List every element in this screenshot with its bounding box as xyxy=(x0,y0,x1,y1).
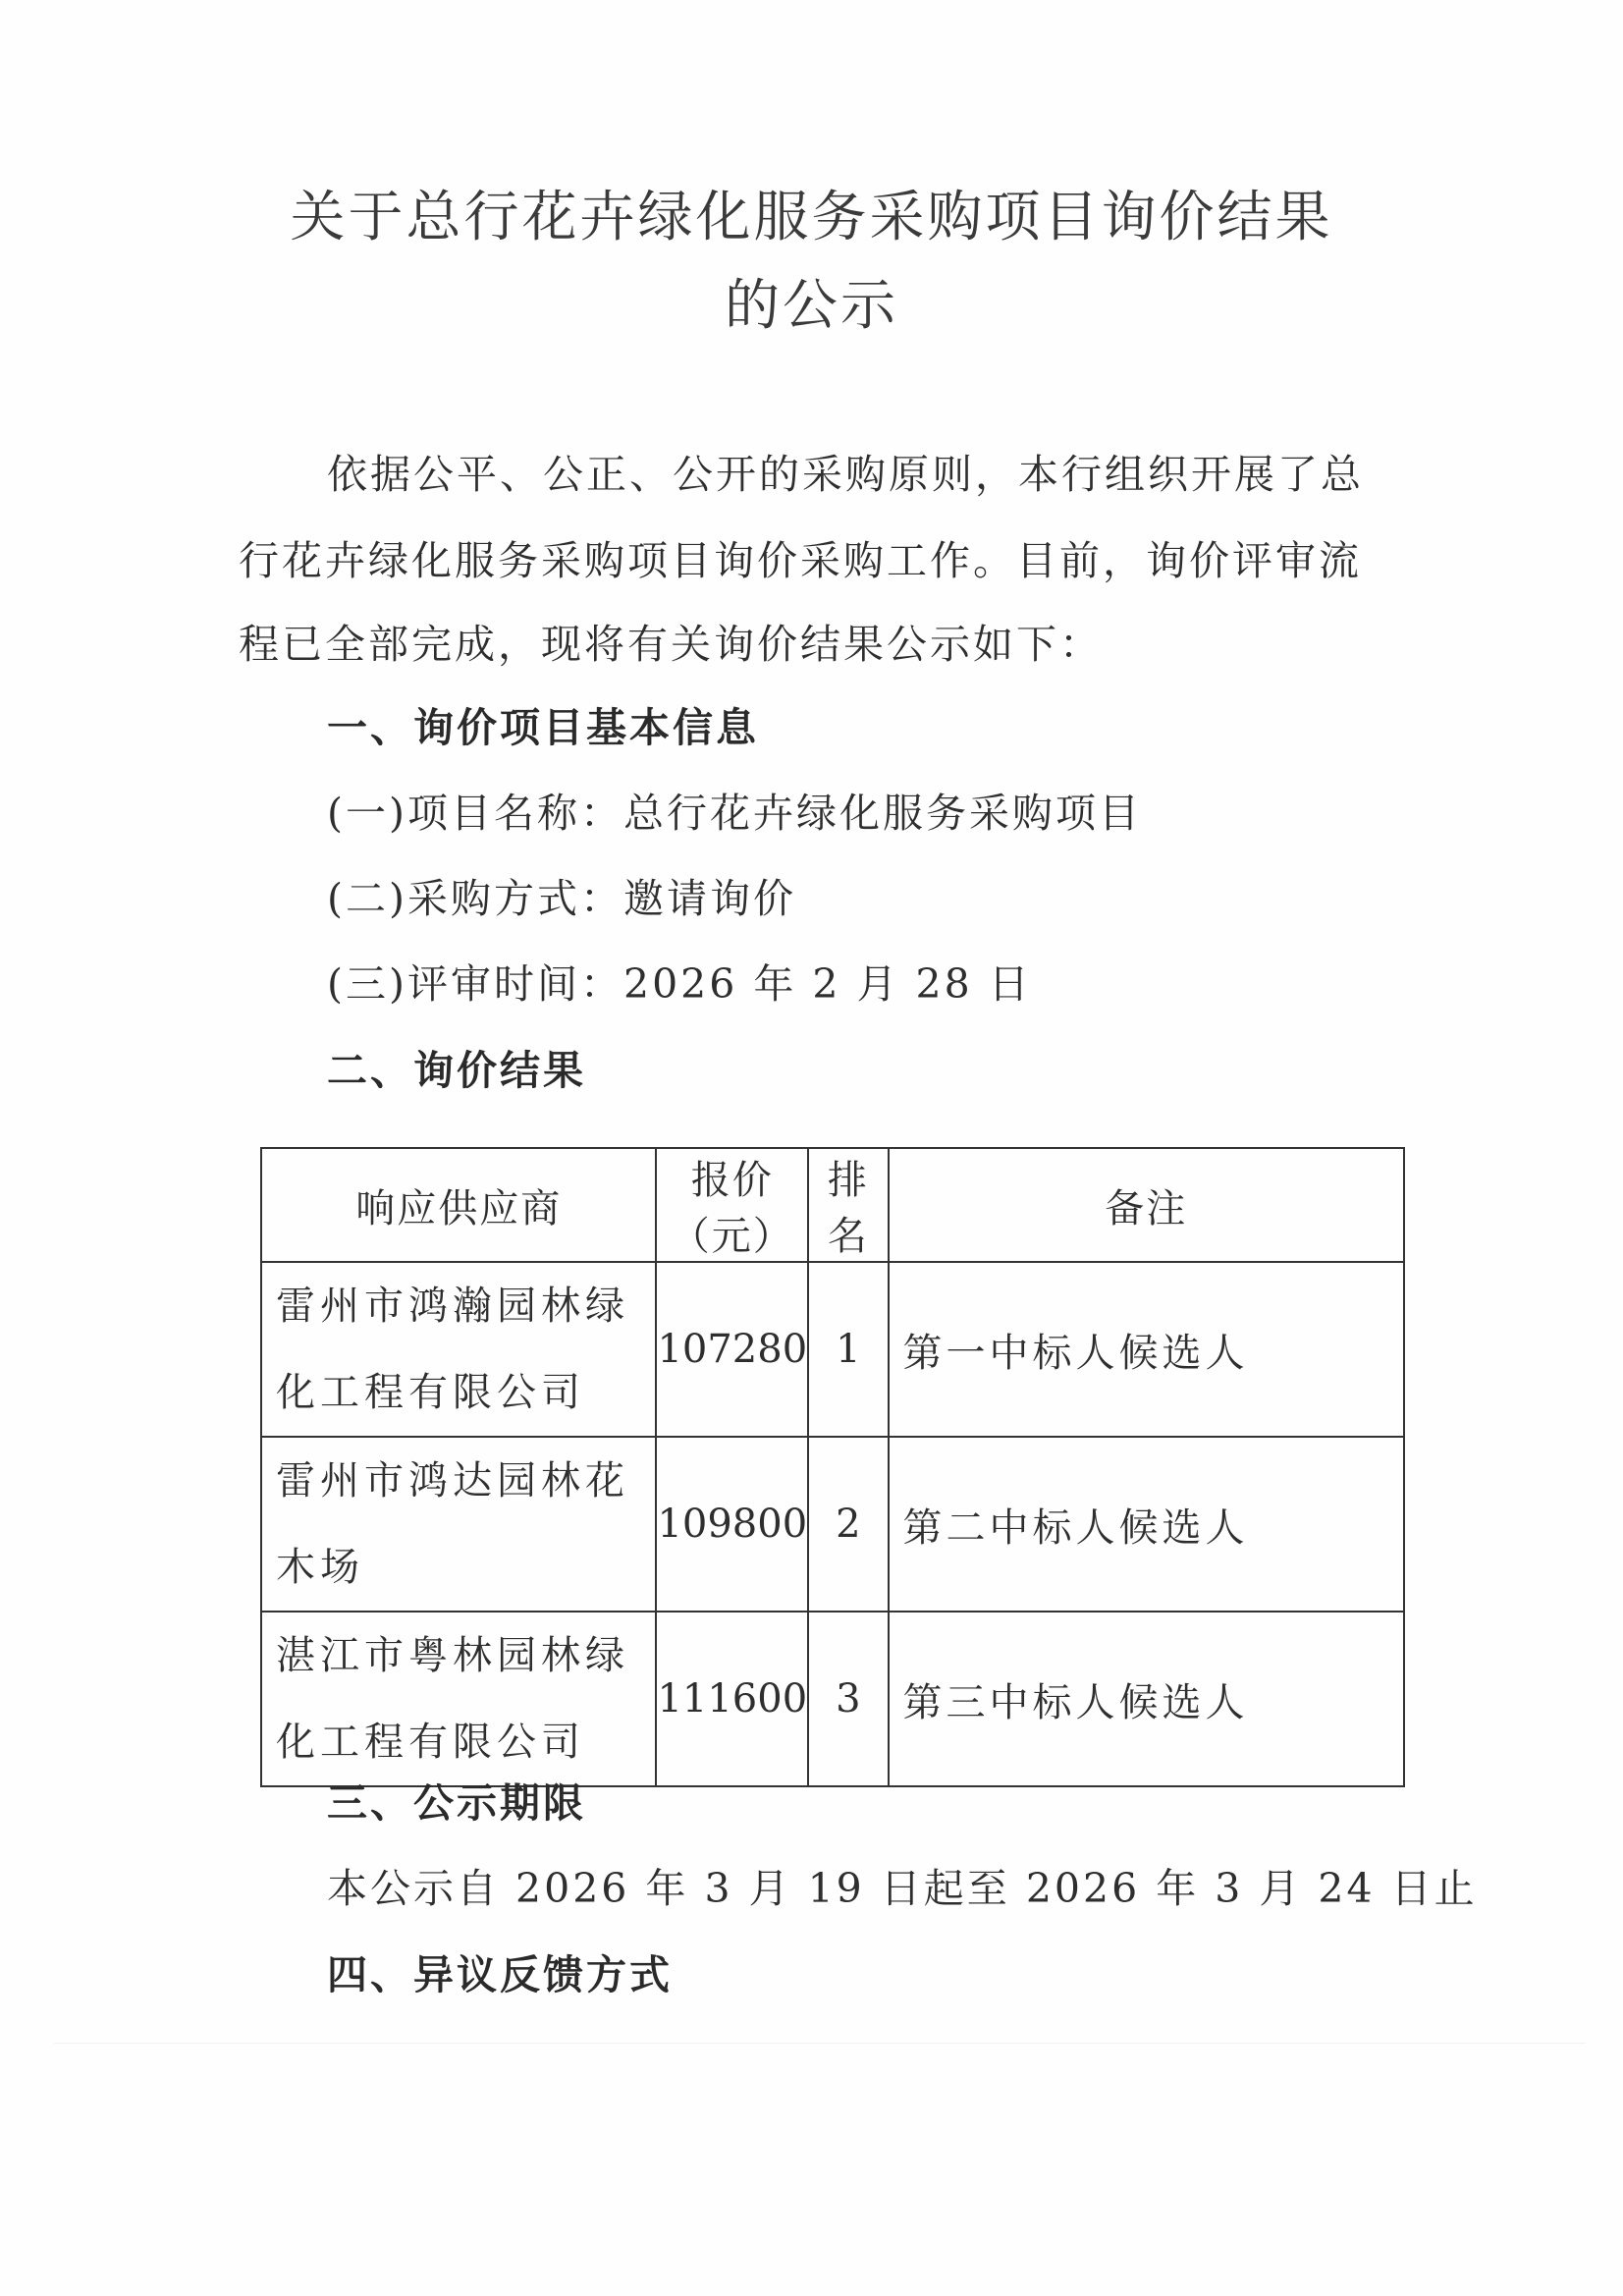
supplier-cell: 雷州市鸿瀚园林绿 化工程有限公司 xyxy=(261,1262,656,1437)
intro-paragraph-line-3: 程已全部完成，现将有关询价结果公示如下： xyxy=(239,615,1103,674)
header-supplier: 响应供应商 xyxy=(261,1148,656,1262)
notice-period-text: 本公示自 2026 年 3 月 19 日起至 2026 年 3 月 24 日止 xyxy=(327,1859,1478,1918)
supplier-cell: 湛江市粤林园林绿 化工程有限公司 xyxy=(261,1612,656,1786)
project-name-item: (一)项目名称：总行花卉绿化服务采购项目 xyxy=(327,784,1142,843)
supplier-name-line-1: 湛江市粤林园林绿 xyxy=(276,1613,655,1699)
document-page: 关于总行花卉绿化服务采购项目询价结果 的公示 依据公平、公正、公开的采购原则，本… xyxy=(0,0,1623,2296)
section-heading-basic-info: 一、询价项目基本信息 xyxy=(327,698,759,757)
price-cell: 107280 xyxy=(656,1262,808,1437)
section-heading-results: 二、询价结果 xyxy=(327,1041,586,1100)
supplier-name-line-2: 化工程有限公司 xyxy=(276,1349,655,1436)
header-remark: 备注 xyxy=(889,1148,1404,1262)
remark-cell: 第二中标人候选人 xyxy=(889,1437,1404,1612)
header-rank: 排名 xyxy=(808,1148,888,1262)
remark-cell: 第一中标人候选人 xyxy=(889,1262,1404,1437)
scan-artifact-line xyxy=(54,2043,1586,2044)
intro-paragraph-line-2: 行花卉绿化服务采购项目询价采购工作。目前，询价评审流 xyxy=(239,531,1362,590)
review-date-item: (三)评审时间：2026 年 2 月 28 日 xyxy=(327,955,1032,1013)
supplier-name-line-2: 木场 xyxy=(276,1524,655,1611)
price-cell: 111600 xyxy=(656,1612,808,1786)
procurement-method-item: (二)采购方式：邀请询价 xyxy=(327,869,796,928)
rank-cell: 1 xyxy=(808,1262,888,1437)
table-row: 雷州市鸿瀚园林绿 化工程有限公司 107280 1 第一中标人候选人 xyxy=(261,1262,1404,1437)
rank-cell: 3 xyxy=(808,1612,888,1786)
supplier-cell: 雷州市鸿达园林花 木场 xyxy=(261,1437,656,1612)
document-title-line-2: 的公示 xyxy=(0,275,1623,338)
supplier-name-line-1: 雷州市鸿瀚园林绿 xyxy=(276,1263,655,1349)
supplier-name-line-2: 化工程有限公司 xyxy=(276,1699,655,1785)
section-heading-notice-period: 三、公示期限 xyxy=(327,1774,586,1832)
document-title-line-1: 关于总行花卉绿化服务采购项目询价结果 xyxy=(0,187,1623,249)
price-cell: 109800 xyxy=(656,1437,808,1612)
intro-paragraph-line-1: 依据公平、公正、公开的采购原则，本行组织开展了总 xyxy=(327,445,1364,504)
table-row: 雷州市鸿达园林花 木场 109800 2 第二中标人候选人 xyxy=(261,1437,1404,1612)
results-table-header-row: 响应供应商 报价（元） 排名 备注 xyxy=(261,1148,1404,1262)
table-row: 湛江市粤林园林绿 化工程有限公司 111600 3 第三中标人候选人 xyxy=(261,1612,1404,1786)
results-table: 响应供应商 报价（元） 排名 备注 雷州市鸿瀚园林绿 化工程有限公司 10728… xyxy=(260,1147,1405,1787)
supplier-name-line-1: 雷州市鸿达园林花 xyxy=(276,1438,655,1524)
section-heading-objection-feedback: 四、异议反馈方式 xyxy=(327,1945,673,2004)
rank-cell: 2 xyxy=(808,1437,888,1612)
remark-cell: 第三中标人候选人 xyxy=(889,1612,1404,1786)
header-price: 报价（元） xyxy=(656,1148,808,1262)
